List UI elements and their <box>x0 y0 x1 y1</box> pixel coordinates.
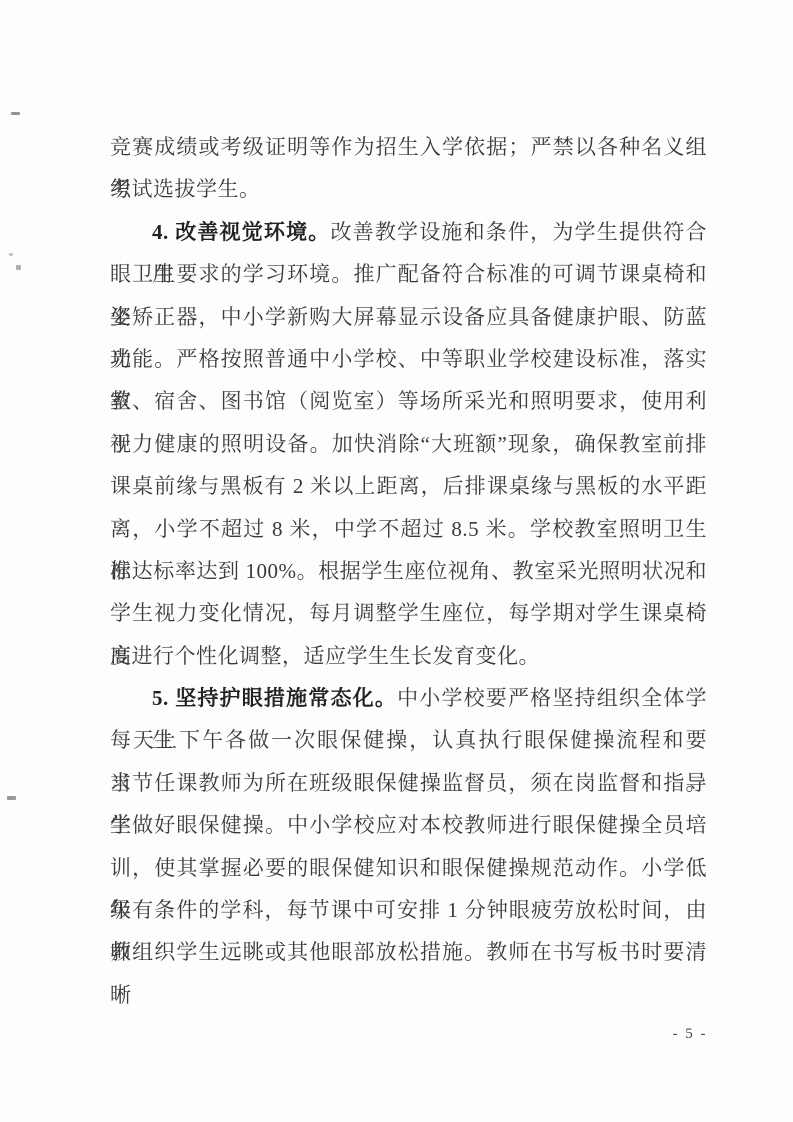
scanned-document-page: 竞赛成绩或考级证明等作为招生入学依据；严禁以各种名义组织考试选拔学生。4. 改善… <box>0 0 793 1122</box>
text-line: 级有条件的学科，每节课中可安排 1 分钟眼疲劳放松时间，由教 <box>110 889 707 931</box>
text-line: 离，小学不超过 8 米，中学不超过 8.5 米。学校教室照明卫生标 <box>110 508 707 550</box>
scan-speck <box>11 112 20 115</box>
text-line: 姿矫正器，中小学新购大屏幕显示设备应具备健康护眼、防蓝光 <box>110 296 707 338</box>
text-line: 课桌前缘与黑板有 2 米以上距离，后排课桌缘与黑板的水平距 <box>110 465 707 507</box>
document-body: 竞赛成绩或考级证明等作为招生入学依据；严禁以各种名义组织考试选拔学生。4. 改善… <box>110 126 707 974</box>
text-line: 当节任课教师为所在班级眼保健操监督员，须在岗监督和指导学 <box>110 762 707 804</box>
text-line: 视力健康的照明设备。加快消除“大班额”现象，确保教室前排 <box>110 423 707 465</box>
text-line: 每天上下午各做一次眼保健操，认真执行眼保健操流程和要求。 <box>110 719 707 761</box>
scan-speck <box>7 796 16 800</box>
paragraph-heading: 4. 改善视觉环境。 <box>152 220 331 244</box>
text-line: 竞赛成绩或考级证明等作为招生入学依据；严禁以各种名义组织 <box>110 126 707 168</box>
text-line: 准达标率达到 100%。根据学生座位视角、教室采光照明状况和 <box>110 550 707 592</box>
text-line: 4. 改善视觉环境。改善教学设施和条件，为学生提供符合用 <box>110 211 707 253</box>
text-line: 训，使其掌握必要的眼保健知识和眼保健操规范动作。小学低年 <box>110 847 707 889</box>
text-line: 师组织学生远眺或其他眼部放松措施。教师在书写板书时要清晰 <box>110 931 707 973</box>
text-line: 生做好眼保健操。中小学校应对本校教师进行眼保健操全员培 <box>110 804 707 846</box>
text-line: 度进行个性化调整，适应学生生长发育变化。 <box>110 635 707 677</box>
text-line: 室、宿舍、图书馆（阅览室）等场所采光和照明要求，使用利于 <box>110 380 707 422</box>
text-line: 5. 坚持护眼措施常态化。中小学校要严格坚持组织全体学生 <box>110 677 707 719</box>
text-line: 功能。严格按照普通中小学校、中等职业学校建设标准，落实教 <box>110 338 707 380</box>
page-number: - 5 - <box>655 1026 725 1043</box>
paragraph-heading: 5. 坚持护眼措施常态化。 <box>152 686 397 710</box>
scan-speck <box>16 265 21 270</box>
scan-speck <box>9 253 13 256</box>
text-line: 眼卫生要求的学习环境。推广配备符合标准的可调节课桌椅和坐 <box>110 253 707 295</box>
text-line: 考试选拔学生。 <box>110 168 707 210</box>
text-line: 学生视力变化情况，每月调整学生座位，每学期对学生课桌椅高 <box>110 592 707 634</box>
